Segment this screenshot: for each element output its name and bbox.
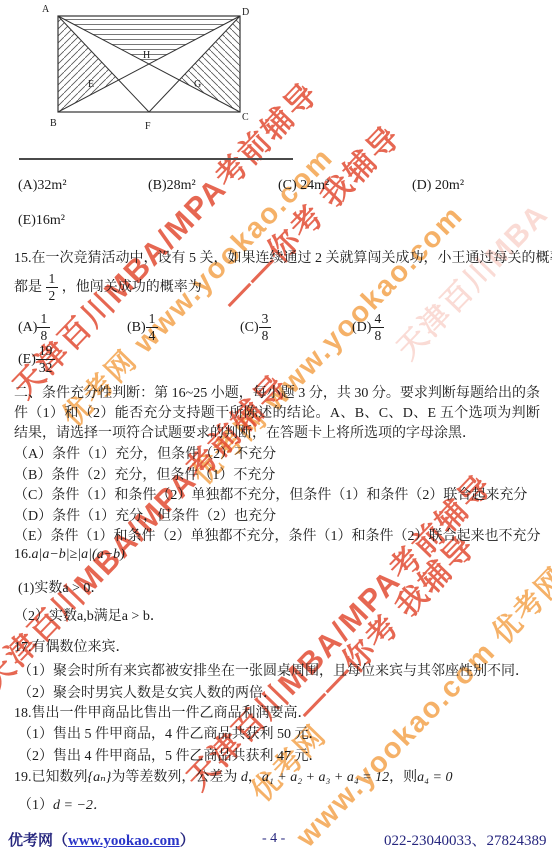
q16-formula: a|a−b|≥|a|(a−b): [32, 547, 125, 562]
judgment-option-list: （A）条件（1）充分，但条件（2）不充分 （B）条件（2）充分，但条件（1）不充…: [14, 445, 541, 548]
q15-stem-fraction: 1 2: [46, 272, 59, 304]
q14-option-e: (E)16m²: [18, 213, 65, 229]
judgment-option-c: （C）条件（1）和条件（2）单独都不充分，但条件（1）和条件（2）联合起来充分: [14, 486, 541, 507]
fraction-denominator: 8: [371, 328, 384, 344]
footer-site: 优考网（www.yookao.com）: [8, 829, 195, 850]
q18-condition-1: （1）售出 5 件甲商品，4 件乙商品共获利 50 元．: [18, 723, 323, 743]
fraction-numerator: 19: [36, 344, 56, 360]
q15-stem-line2: 都是 1 2 ，他闯关成功的概率为: [14, 272, 202, 304]
section-divider-line: [19, 158, 293, 160]
vertex-label-c: C: [242, 112, 249, 123]
q18-stem: 18.售出一件甲商品比售出一件乙商品利润要高．: [14, 702, 312, 722]
q14-option-a: (A)32m²: [18, 178, 67, 194]
condition-math: d = −2．: [53, 798, 107, 813]
judgment-option-d: （D）条件（1）充分，但条件（2）也充分: [14, 507, 541, 528]
condition-label: （1）: [18, 798, 53, 813]
q15-option-c: (C)38: [240, 312, 271, 344]
q16-condition-1: (1)实数a > 0．: [18, 577, 104, 597]
vertex-label-f: F: [145, 121, 151, 132]
fraction-numerator: 3: [259, 312, 272, 328]
footer-site-suffix: ）: [180, 833, 195, 849]
option-label: (A): [18, 320, 37, 335]
q16-number: 16.: [14, 547, 32, 562]
judgment-option-e: （E）条件（1）和条件（2）单独都不充分，条件（1）和条件（2）联合起来也不充分: [14, 527, 541, 548]
fraction-numerator: 1: [146, 312, 159, 328]
fraction-denominator: 32: [36, 360, 56, 376]
q19-text-2: 为等差数列，公差为: [111, 770, 241, 785]
fraction-denominator: 4: [146, 328, 159, 344]
region-label-g: G: [194, 79, 201, 90]
footer-site-link[interactable]: www.yookao.com: [68, 833, 180, 849]
geometry-figure: A D B C F E G H: [36, 2, 251, 132]
vertex-label-a: A: [42, 4, 50, 15]
option-label: (B): [127, 320, 146, 335]
q17-stem: 17.有偶数位来宾．: [14, 636, 130, 656]
fraction-numerator: 4: [371, 312, 384, 328]
fraction-denominator: 2: [46, 288, 59, 304]
option-label: (D): [352, 320, 371, 335]
q19-math-d: d: [241, 770, 248, 785]
q18-condition-2: （2）售出 4 件甲商品，5 件乙商品共获利 47 元．: [18, 745, 323, 765]
q19-math-sum: a₁ + a₂ + a₃ + a₄ = 12: [262, 770, 389, 785]
fraction-denominator: 8: [37, 328, 50, 344]
q16-stem: 16.a|a−b|≥|a|(a−b): [14, 547, 125, 563]
q15-option-b: (B)14: [127, 312, 158, 344]
q15-option-e: (E)1932: [18, 344, 55, 376]
q15-option-a: (A)18: [18, 312, 50, 344]
q16-condition-2: （2）实数a,b满足a > b．: [14, 605, 164, 625]
q19-condition-1: （1）d = −2．: [18, 794, 107, 814]
q19-text-3: ，: [248, 770, 262, 785]
q19-math-a4: a₄ = 0: [417, 770, 452, 785]
q14-option-d: (D) 20m²: [412, 178, 464, 194]
footer-site-prefix: 优考网（: [8, 833, 68, 849]
fraction-numerator: 1: [46, 272, 59, 288]
q17-condition-2: （2）聚会时男宾人数是女宾人数的两倍．: [18, 682, 277, 702]
option-label: (C): [240, 320, 259, 335]
footer-page-number: - 4 -: [262, 831, 285, 847]
fraction-numerator: 1: [37, 312, 50, 328]
judgment-option-a: （A）条件（1）充分，但条件（2）不充分: [14, 445, 541, 466]
q19-stem: 19.已知数列{aₙ}为等差数列，公差为 d，a₁ + a₂ + a₃ + a₄…: [14, 766, 452, 786]
q15-stem-line1: 15.在一次竞猜活动中，设有 5 关，如果连续通过 2 关就算闯关成功，小王通过…: [14, 247, 552, 267]
q19-text-4: ，则: [389, 770, 417, 785]
q15-stem-suffix: ，他闯关成功的概率为: [62, 280, 202, 295]
exam-page: A D B C F E G H (A)32m² (B)28m² (C) 24m²…: [0, 0, 552, 856]
q19-text-1: 19.已知数列: [14, 770, 88, 785]
fraction-denominator: 8: [259, 328, 272, 344]
q14-option-c: (C) 24m²: [278, 178, 329, 194]
q15-stem-prefix: 都是: [14, 280, 42, 295]
q17-condition-1: （1）聚会时所有来宾都被安排坐在一张圆桌周围，且每位来宾与其邻座性别不同．: [18, 660, 529, 680]
q14-option-b: (B)28m²: [148, 178, 196, 194]
judgment-option-b: （B）条件（2）充分，但条件（1）不充分: [14, 466, 541, 487]
region-label-h: H: [143, 50, 150, 61]
region-label-e: E: [88, 79, 94, 90]
q19-math-sequence: {aₙ}: [88, 770, 112, 785]
footer-phone-numbers: 022-23040033、27824389: [384, 829, 547, 850]
vertex-label-b: B: [50, 118, 57, 129]
section2-intro: 二、条件充分性判断：第 16~25 小题，每小题 3 分，共 30 分。要求判断…: [14, 384, 540, 444]
q15-option-d: (D)48: [352, 312, 384, 344]
option-label: (E): [18, 352, 36, 367]
vertex-label-d: D: [242, 7, 249, 18]
